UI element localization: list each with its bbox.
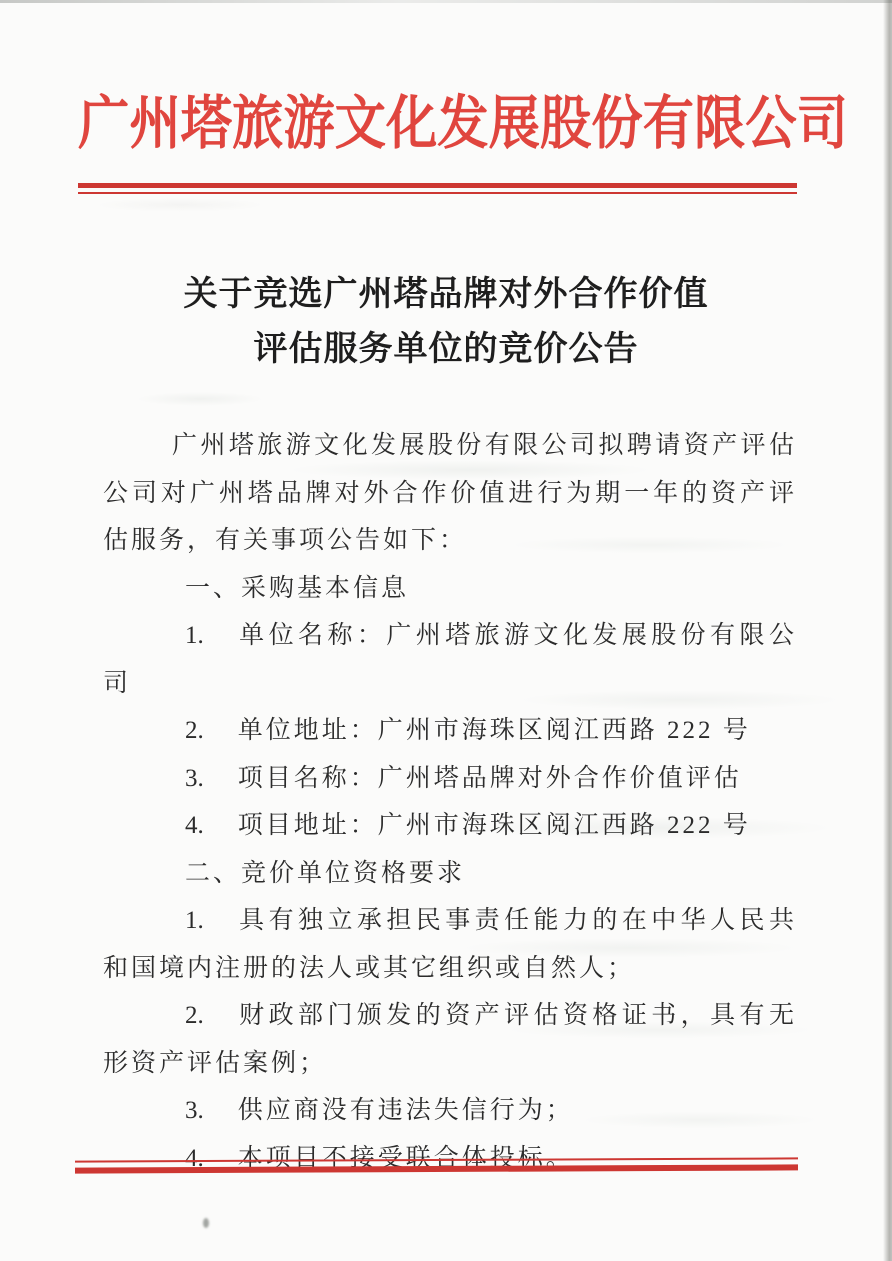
document-body: 广州塔旅游文化发展股份有限公司拟聘请资产评估公司对广州塔品牌对外合作价值进行为期… [103,422,797,1182]
intro-paragraph: 广州塔旅游文化发展股份有限公司拟聘请资产评估公司对广州塔品牌对外合作价值进行为期… [103,422,797,565]
title-line-2: 评估服务单位的竞价公告 [0,322,892,377]
header-rule-thin [78,192,797,194]
item-text: 单位地址：广州市海珠区阅江西路 222 号 [238,717,751,744]
title-line-1: 关于竞选广州塔品牌对外合作价值 [0,267,892,322]
item-text: 供应商没有违法失信行为； [238,1097,574,1124]
item-number: 2. [185,717,204,744]
list-item: 3.供应商没有违法失信行为； [103,1087,797,1135]
document-title: 关于竞选广州塔品牌对外合作价值 评估服务单位的竞价公告 [0,267,892,377]
list-item: 3.项目名称：广州塔品牌对外合作价值评估 [103,755,797,803]
scan-edge-top [0,0,892,3]
header-rule-thick [78,183,797,188]
letterhead-company-name: 广州塔旅游文化发展股份有限公司 [78,94,848,155]
document-page: 广州塔旅游文化发展股份有限公司 关于竞选广州塔品牌对外合作价值 评估服务单位的竞… [0,0,892,1261]
list-item: 2.财政部门颁发的资产评估资格证书，具有无形资产评估案例； [103,992,797,1087]
item-number: 4. [185,812,204,839]
item-text: 项目名称：广州塔品牌对外合作价值评估 [238,765,742,792]
section-2-heading: 二、竞价单位资格要求 [103,850,797,898]
item-number: 3. [185,1097,204,1124]
item-number: 2. [185,1002,204,1029]
item-number: 1. [185,622,204,649]
list-item: 2.单位地址：广州市海珠区阅江西路 222 号 [103,707,797,755]
list-item: 1.具有独立承担民事责任能力的在中华人民共和国境内注册的法人或其它组织或自然人； [103,897,797,992]
scan-edge-right [883,0,892,1261]
section-1-heading: 一、采购基本信息 [103,565,797,613]
item-number: 1. [185,907,204,934]
list-item: 4.项目地址：广州市海珠区阅江西路 222 号 [103,802,797,850]
item-number: 3. [185,765,204,792]
item-text: 财政部门颁发的资产评估资格证书，具有无形资产评估案例； [103,1002,797,1077]
scan-speck [203,1218,209,1228]
item-text: 单位名称：广州塔旅游文化发展股份有限公司 [103,622,797,697]
list-item: 1.单位名称：广州塔旅游文化发展股份有限公司 [103,612,797,707]
item-text: 具有独立承担民事责任能力的在中华人民共和国境内注册的法人或其它组织或自然人； [103,907,797,982]
item-text: 项目地址：广州市海珠区阅江西路 222 号 [238,812,751,839]
